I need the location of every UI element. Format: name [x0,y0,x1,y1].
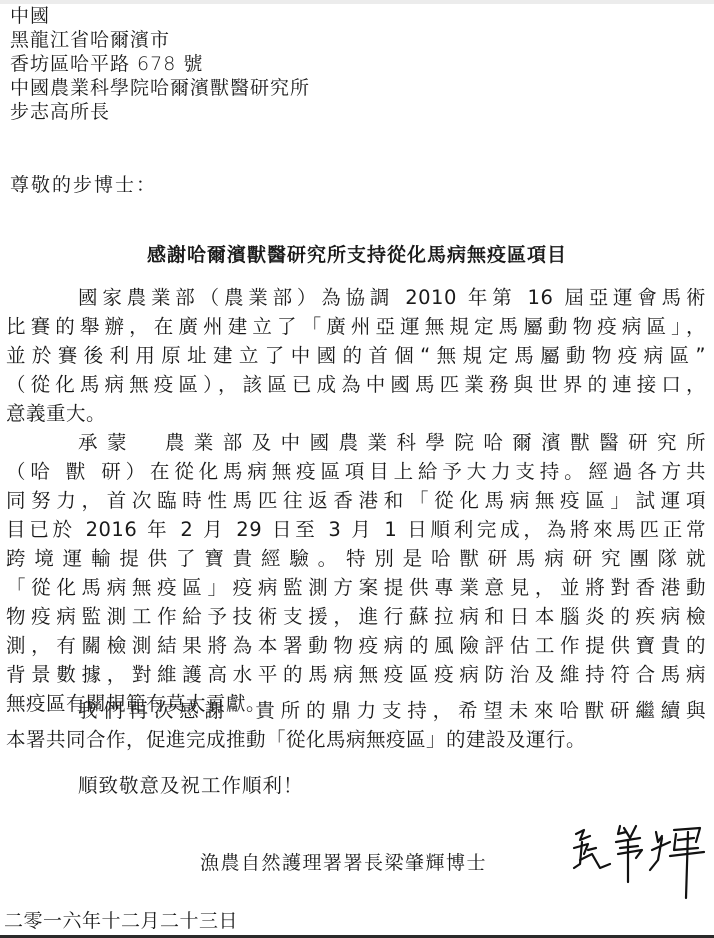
paragraph-line: 比賽的舉辦，在廣州建立了「廣州亞運無規定馬屬動物疫病區」， [6,312,706,341]
letter-subject: 感謝哈爾濱獸醫研究所支持從化馬病無疫區項目 [0,240,714,267]
paragraph-line: 「從化馬病無疫區」疫病監測方案提供專業意見，並將對香港動 [6,573,706,602]
address-line-recipient: 步志高所長 [10,100,310,124]
paragraph-line: 物疫病監測工作給予技術支援，進行蘇拉病和日本腦炎的疾病檢 [6,602,706,631]
address-line-institution: 中國農業科學院哈爾濱獸醫研究所 [10,76,310,100]
paragraph-line: 意義重大。 [6,399,706,428]
letter-date: 二零一六年十二月二十三日 [4,906,238,933]
paragraph-line: 國家農業部（農業部）為協調 2010 年第 16 屆亞運會馬術 [6,283,706,312]
address-line-street: 香坊區哈平路 678 號 [10,52,310,76]
paragraph-3: 我們再次感謝 貴所的鼎力支持，希望未來哈獸研繼續與 本署共同合作，促進完成推動「… [6,696,706,754]
paragraph-line: 背景數據，對維護高水平的馬病無疫區疫病防治及維持符合馬病 [6,660,706,689]
paragraph-line: （哈 獸 研）在從化馬病無疫區項目上給予大力支持。經過各方共 [6,457,706,486]
salutation: 尊敬的步博士： [10,170,157,197]
paragraph-line: 承蒙 農業部及中國農業科學院哈爾濱獸醫研究所 [6,428,706,457]
handwritten-signature [570,820,710,900]
paragraph-line: 我們再次感謝 貴所的鼎力支持，希望未來哈獸研繼續與 [6,696,706,725]
paragraph-1: 國家農業部（農業部）為協調 2010 年第 16 屆亞運會馬術 比賽的舉辦，在廣… [6,283,706,428]
paragraph-line: 目已於 2016 年 2 月 29 日至 3 月 1 日順利完成，為將來馬匹正常 [6,515,706,544]
signature-icon [570,820,710,900]
address-line-province-city: 黑龍江省哈爾濱市 [10,28,310,52]
paragraph-2: 承蒙 農業部及中國農業科學院哈爾濱獸醫研究所 （哈 獸 研）在從化馬病無疫區項目… [6,428,706,718]
paragraph-line: 本署共同合作，促進完成推動「從化馬病無疫區」的建設及運行。 [6,725,706,754]
address-line-country: 中國 [10,4,310,28]
paragraph-line: 跨境運輸提供了寶貴經驗。特別是哈獸研馬病研究團隊就 [6,544,706,573]
paragraph-line: 同努力，首次臨時性馬匹往返香港和「從化馬病無疫區」試運項 [6,486,706,515]
paragraph-line: （從化馬病無疫區），該區已成為中國馬匹業務與世界的連接口， [6,370,706,399]
signer-title: 漁農自然護理署署長梁肇輝博士 [200,848,487,875]
paragraph-line: 並於賽後利用原址建立了中國的首個“無規定馬屬動物疫病區” [6,341,706,370]
recipient-address: 中國 黑龍江省哈爾濱市 香坊區哈平路 678 號 中國農業科學院哈爾濱獸醫研究所… [10,4,310,124]
closing-remark: 順致敬意及祝工作順利！ [78,770,304,798]
paragraph-line: 測，有關檢測結果將為本署動物疫病的風險評估工作提供寶貴的 [6,631,706,660]
